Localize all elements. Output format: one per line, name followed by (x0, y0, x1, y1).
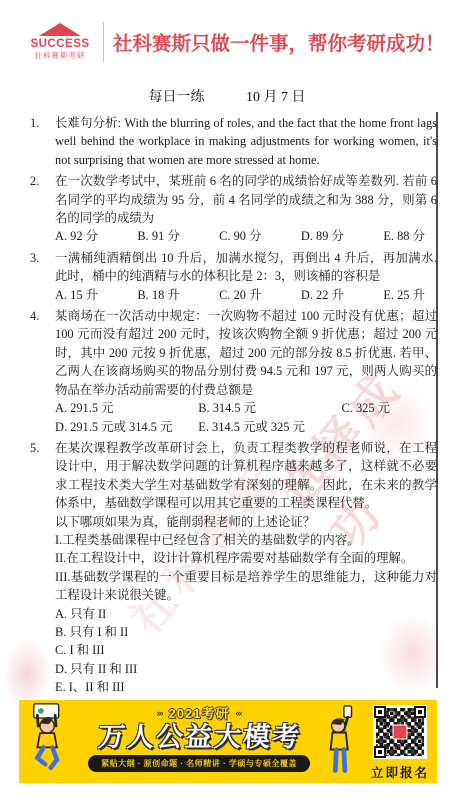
option-item: B. 18 升 (137, 286, 179, 304)
question-text: 在某次课程教学改革研讨会上，负责工程类教学的程老师说，在工程设计中，用于解决数学… (55, 439, 437, 513)
question-number: 4. (30, 307, 39, 325)
brand-logo: SUCCESS 社科赛斯考研 (26, 23, 94, 60)
person-holding-sign-icon (21, 702, 75, 782)
promo-banner[interactable]: ››› 2021考研 ‹‹‹ 万人公益大模考 紧贴大纲 · 原创命题 · 名师精… (19, 700, 437, 783)
header: SUCCESS 社科赛斯考研 社科赛斯只做一件事，帮你考研成功！ (26, 22, 440, 62)
question-list: 1. 长难句分析: With the blurring of roles, an… (30, 114, 437, 700)
document-page: SUCCESS 社科赛斯考研 社科赛斯只做一件事，帮你考研成功！ 每日一练 10… (0, 0, 454, 800)
question-item-3: 3. 一满桶纯酒精倒出 10 升后，加满水搅匀，再倒出 4 升后，再加满水. 此… (30, 249, 437, 304)
qr-finder-icon (374, 746, 386, 758)
option-list: A. 只有 II B. 只有 I 和 II C. I 和 III D. 只有 I… (55, 605, 437, 697)
option-item: C. 20 升 (219, 286, 261, 304)
brand-name: SUCCESS (26, 38, 94, 51)
question-item-4: 4. 某商场在一次活动中规定：一次购物不超过 100 元时没有优惠；超过 100… (30, 307, 437, 436)
practice-title: 每日一练 (149, 90, 205, 105)
qr-code[interactable] (373, 705, 427, 759)
option-row: A. 92 分 B. 91 分 C. 90 分 D. 89 分 E. 88 分 (55, 227, 437, 245)
question-text: 一满桶纯酒精倒出 10 升后，加满水搅匀，再倒出 4 升后，再加满水. 此时，桶… (55, 249, 437, 286)
option-item: D. 89 分 (301, 227, 344, 245)
badge-label: 2021考研 (169, 703, 230, 722)
statement-item: III.基础数学课程的一个重要目标是培养学生的思维能力，这种能力对工程设计来说很… (55, 568, 437, 605)
option-item: A. 92 分 (55, 227, 98, 245)
option-item: E. 314.5 元或 325 元 (198, 418, 341, 436)
qr-finder-icon (374, 706, 386, 718)
question-number: 1. (30, 114, 39, 132)
option-item: E. 88 分 (383, 227, 425, 245)
option-item: B. 314.5 元 (198, 399, 341, 417)
question-item-2: 2. 在一次数学考试中，某班前 6 名的同学的成绩恰好成等差数列. 若前 6 名… (30, 172, 437, 246)
arrows-right-icon: ››› (157, 708, 163, 718)
header-slogan: 社科赛斯只做一件事，帮你考研成功！ (113, 28, 445, 56)
option-item: A. 15 升 (55, 286, 98, 304)
option-item: B. 只有 I 和 II (55, 623, 437, 641)
statement-item: I.工程类基础课程中已经包含了相关的基础数学的内容。 (55, 531, 437, 549)
exam-badge: ››› 2021考研 ‹‹‹ (157, 703, 242, 722)
option-item: B. 91 分 (137, 227, 179, 245)
qr-finder-icon (414, 706, 426, 718)
question-number: 3. (30, 249, 39, 267)
banner-center: ››› 2021考研 ‹‹‹ 万人公益大模考 紧贴大纲 · 原创命题 · 名师精… (77, 700, 321, 783)
standing-person-illustration (321, 700, 363, 783)
option-item: C. I 和 III (55, 641, 437, 659)
practice-date: 10 月 7 日 (246, 90, 306, 105)
banner-features-pill: 紧贴大纲 · 原创命题 · 名师精讲 · 学硕与专硕全覆盖 (88, 755, 310, 772)
option-item: D. 22 升 (301, 286, 344, 304)
jumping-person-illustration (19, 700, 77, 783)
question-item-5: 5. 在某次课程教学改革研讨会上，负责工程类教学的程老师说，在工程设计中，用于解… (30, 439, 437, 697)
option-item: A. 只有 II (55, 605, 437, 623)
arrows-left-icon: ‹‹‹ (235, 708, 241, 718)
banner-title: 万人公益大模考 (96, 722, 302, 753)
person-holding-phone-icon (323, 704, 361, 780)
option-item: E. 25 升 (383, 286, 425, 304)
option-item: C. 325 元 (342, 399, 438, 417)
logo-divider (103, 22, 104, 62)
roof-icon (39, 23, 81, 36)
question-prompt: 以下哪项如果为真，能削弱程老师的上述论证？ (55, 513, 437, 531)
question-number: 5. (30, 439, 39, 457)
registration-area: 立即报名 (363, 700, 437, 783)
statement-item: II.在工程设计中，设计计算机程序需要对基础数学有全面的理解。 (55, 549, 437, 567)
option-row: A. 15 升 B. 18 升 C. 20 升 D. 22 升 E. 25 升 (55, 286, 437, 304)
option-item: A. 291.5 元 (55, 399, 198, 417)
masthead: 每日一练 10 月 7 日 (0, 86, 454, 106)
question-text: 在一次数学考试中，某班前 6 名的同学的成绩恰好成等差数列. 若前 6 名同学的… (55, 172, 437, 227)
option-grid: A. 291.5 元 B. 314.5 元 C. 325 元 D. 291.5 … (55, 399, 437, 436)
question-item-1: 1. 长难句分析: With the blurring of roles, an… (30, 114, 437, 169)
option-item: C. 90 分 (219, 227, 261, 245)
option-item: D. 291.5 元或 314.5 元 (55, 418, 198, 436)
option-item: E. I、II 和 III (55, 678, 437, 696)
qr-center-label (393, 725, 408, 740)
register-cta[interactable]: 立即报名 (371, 763, 429, 781)
question-text: 某商场在一次活动中规定：一次购物不超过 100 元时没有优惠；超过 100 元而… (55, 307, 437, 399)
brand-subtitle: 社科赛斯考研 (26, 51, 94, 61)
question-number: 2. (30, 172, 39, 190)
question-text: 长难句分析: With the blurring of roles, and t… (55, 114, 437, 169)
option-item: D. 只有 II 和 III (55, 660, 437, 678)
